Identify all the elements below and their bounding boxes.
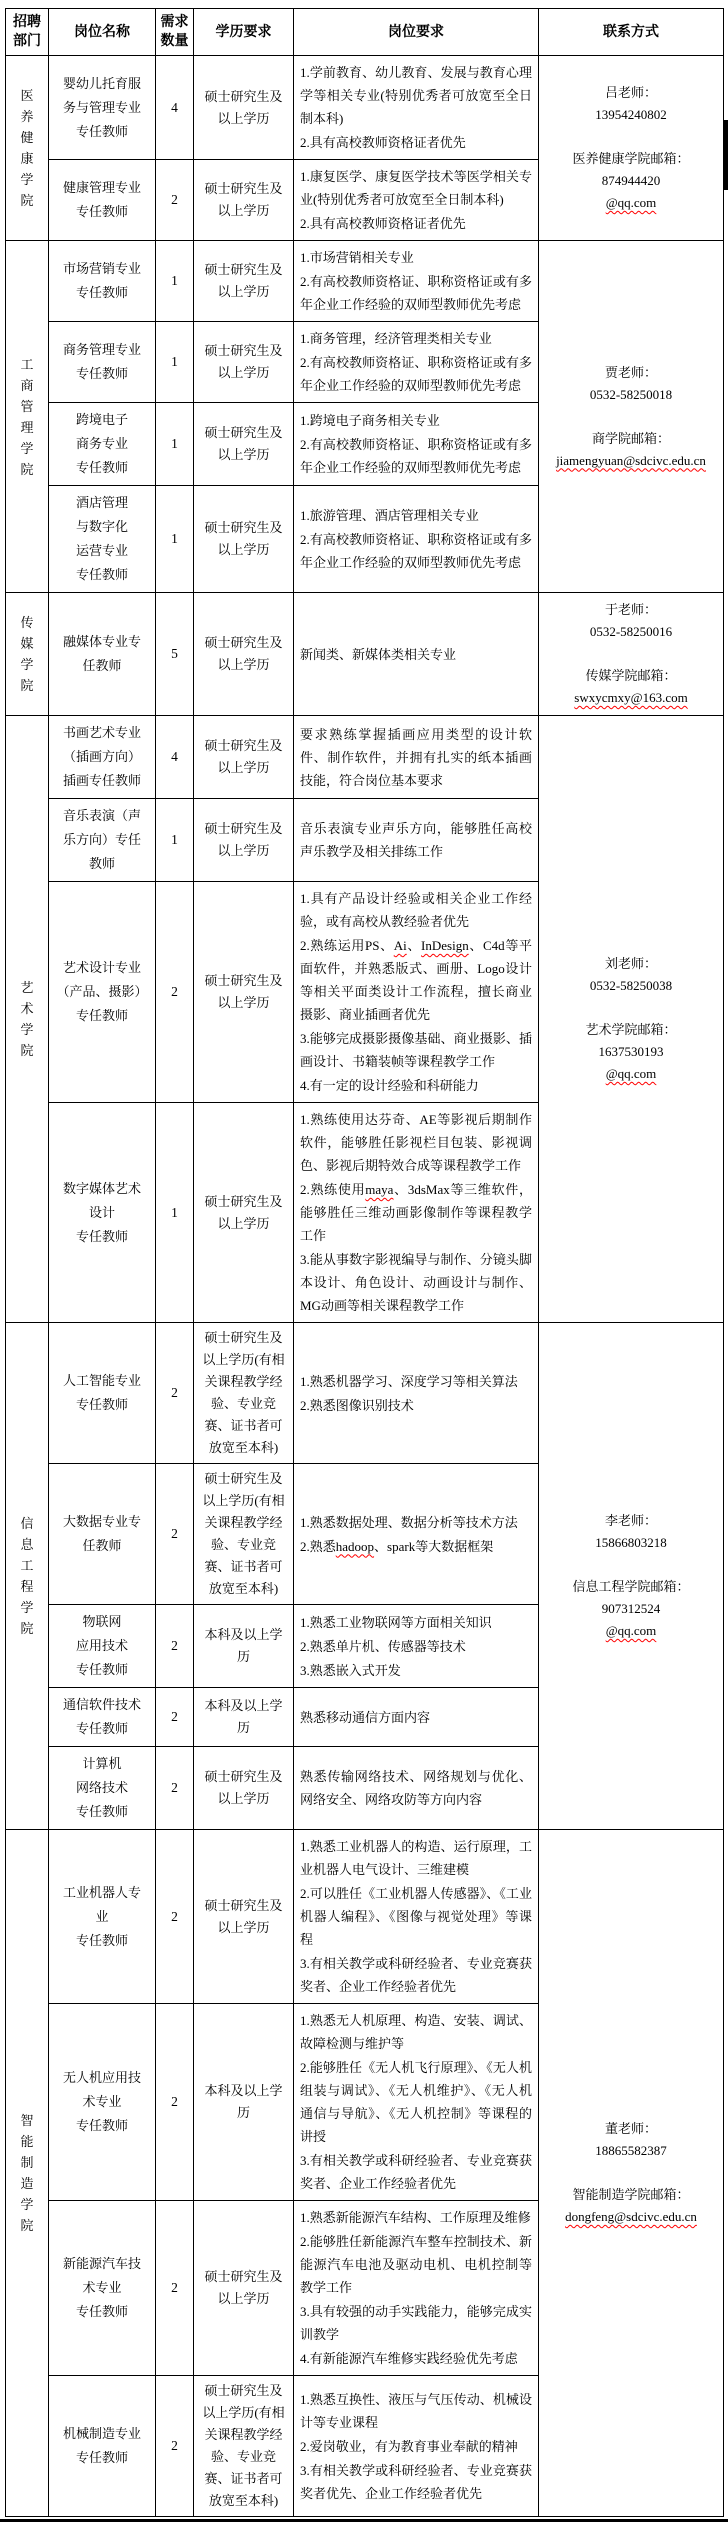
spellcheck-underline: dongfeng@sdcivc.edu.cn [565, 2209, 697, 2224]
table-body: 医 养 健 康 学 院婴幼儿托育服 务与管理专业 专任教师4硕士研究生及以上学历… [6, 56, 724, 2517]
requirements-cell: 1.跨境电子商务相关专业2.有高校教师资格证、职称资格证或有多年企业工作经验的双… [294, 403, 539, 486]
requirement-item: 1.熟悉工业机器人的构造、运行原理，工业机器人电气设计、三维建模 [300, 1835, 532, 1881]
contact-phone: 874944420 [542, 170, 720, 192]
table-row: 智 能 制 造 学 院工业机器人专 业 专任教师2硕士研究生及以上学历1.熟悉工… [6, 1830, 724, 2004]
requirement-item: 3.有相关教学或科研经验者、专业竞赛获奖者、企业工作经验者优先 [300, 1952, 532, 1998]
requirement-item: 1.熟悉新能源汽车结构、工作原理及维修 [300, 2206, 532, 2229]
position-name-cell: 健康管理专业 专任教师 [49, 160, 156, 241]
education-cell: 硕士研究生及以上学历 [194, 322, 294, 403]
requirement-item: 要求熟练掌握插画应用类型的设计软件、制作软件，并拥有扎实的纸本插画技能，符合岗位… [300, 723, 532, 792]
position-name-cell: 物联网 应用技术 专任教师 [49, 1605, 156, 1688]
requirements-cell: 1.熟悉互换性、液压与气压传动、机械设计等专业课程2.爱岗敬业，有为教育事业奉献… [294, 2376, 539, 2517]
requirements-cell: 1.学前教育、幼儿教育、发展与教育心理学等相关专业(特别优秀者可放宽至全日制本科… [294, 56, 539, 160]
contact-cell: 贾老师：0532-58250018商学院邮箱：jiamengyuan@sdciv… [539, 241, 724, 593]
position-name-cell: 人工智能专业 专任教师 [49, 1323, 156, 1464]
position-name-cell: 计算机 网络技术 专任教师 [49, 1747, 156, 1830]
headcount-cell: 2 [156, 160, 194, 241]
requirement-item: 2.有高校教师资格证、职称资格证或有多年企业工作经验的双师型教师优先考虑 [300, 433, 532, 479]
position-name-cell: 市场营销专业 专任教师 [49, 241, 156, 322]
contact-phone: 0532-58250038 [542, 975, 720, 997]
position-name-cell: 机械制造专业 专任教师 [49, 2376, 156, 2517]
requirement-item: 1.熟悉工业物联网等方面相关知识 [300, 1611, 532, 1634]
spellcheck-underline: @qq.com [606, 195, 657, 210]
contact-label: 吕老师： [542, 82, 720, 104]
requirement-item: 3.有相关教学或科研经验者、专业竞赛获奖者优先、企业工作经验者优先 [300, 2459, 532, 2505]
position-name-cell: 音乐表演（声 乐方向）专任 教师 [49, 799, 156, 882]
header-row: 招聘部门 岗位名称 需求数量 学历要求 岗位要求 联系方式 [6, 9, 724, 56]
requirement-item: 2.有高校教师资格证、职称资格证或有多年企业工作经验的双师型教师优先考虑 [300, 270, 532, 316]
education-cell: 硕士研究生及以上学历 [194, 241, 294, 322]
requirement-item: 1.康复医学、康复医学技术等医学相关专业(特别优秀者可放宽至全日制本科) [300, 165, 532, 211]
headcount-cell: 5 [156, 593, 194, 716]
headcount-cell: 2 [156, 2376, 194, 2517]
contact-phone: 907312524 [542, 1598, 720, 1620]
education-cell: 硕士研究生及以上学历 [194, 2201, 294, 2376]
requirements-cell: 1.熟悉机器学习、深度学习等相关算法2.熟悉图像识别技术 [294, 1323, 539, 1464]
contact-label: 贾老师： [542, 362, 720, 384]
requirements-cell: 1.旅游管理、酒店管理相关专业2.有高校教师资格证、职称资格证或有多年企业工作经… [294, 486, 539, 593]
headcount-cell: 1 [156, 403, 194, 486]
requirement-item: 4.有一定的设计经验和科研能力 [300, 1074, 532, 1097]
education-cell: 硕士研究生及以上学历 [194, 1747, 294, 1830]
requirement-item: 2.有高校教师资格证、职称资格证或有多年企业工作经验的双师型教师优先考虑 [300, 528, 532, 574]
header-contact: 联系方式 [539, 9, 724, 56]
requirement-item: 2.熟悉hadoop、spark等大数据框架 [300, 1535, 532, 1558]
headcount-cell: 2 [156, 1747, 194, 1830]
spellcheck-underline: hadoop [336, 1539, 374, 1554]
contact-label: 于老师： [542, 599, 720, 621]
table-row: 艺 术 学 院书画艺术专业 （插画方向） 插画专任教师4硕士研究生及以上学历要求… [6, 716, 724, 799]
requirement-item: 熟悉移动通信方面内容 [300, 1706, 532, 1729]
headcount-cell: 2 [156, 2201, 194, 2376]
contact-cell: 董老师：18865582387智能制造学院邮箱：dongfeng@sdcivc.… [539, 1830, 724, 2517]
headcount-cell: 1 [156, 322, 194, 403]
education-cell: 硕士研究生及以上学历 [194, 1103, 294, 1323]
education-cell: 本科及以上学历 [194, 1688, 294, 1747]
requirement-item: 1.熟悉无人机原理、构造、安装、调试、故障检测与维护等 [300, 2009, 532, 2055]
requirements-cell: 熟悉传输网络技术、网络规划与优化、网络安全、网络攻防等方向内容 [294, 1747, 539, 1830]
requirement-item: 2.爱岗敬业，有为教育事业奉献的精神 [300, 2435, 532, 2458]
requirement-item: 1.旅游管理、酒店管理相关专业 [300, 504, 532, 527]
contact-label: 董老师： [542, 2118, 720, 2140]
requirement-item: 熟悉传输网络技术、网络规划与优化、网络安全、网络攻防等方向内容 [300, 1765, 532, 1811]
contact-email: @qq.com [542, 1063, 720, 1085]
contact-label: 医养健康学院邮箱： [542, 148, 720, 170]
headcount-cell: 2 [156, 2004, 194, 2201]
contact-cell: 吕老师：13954240802医养健康学院邮箱：874944420@qq.com [539, 56, 724, 241]
requirements-cell: 1.市场营销相关专业2.有高校教师资格证、职称资格证或有多年企业工作经验的双师型… [294, 241, 539, 322]
spellcheck-underline: maya [365, 1182, 393, 1197]
contact-email: jiamengyuan@sdcivc.edu.cn [542, 450, 720, 472]
position-name-cell: 跨境电子 商务专业 专任教师 [49, 403, 156, 486]
requirements-cell: 1.康复医学、康复医学技术等医学相关专业(特别优秀者可放宽至全日制本科)2.具有… [294, 160, 539, 241]
requirement-item: 3.能从事数字影视编导与制作、分镜头脚本设计、角色设计、动画设计与制作、MG动画… [300, 1248, 532, 1317]
requirement-item: 1.熟练使用达芬奇、AE等影视后期制作软件，能够胜任影视栏目包装、影视调色、影视… [300, 1108, 532, 1177]
table-row: 工 商 管 理 学 院市场营销专业 专任教师1硕士研究生及以上学历1.市场营销相… [6, 241, 724, 322]
department-cell: 传 媒 学 院 [6, 593, 49, 716]
headcount-cell: 1 [156, 799, 194, 882]
requirement-item: 新闻类、新媒体类相关专业 [300, 643, 532, 666]
table-row: 传 媒 学 院融媒体专业专 任教师5硕士研究生及以上学历新闻类、新媒体类相关专业… [6, 593, 724, 716]
contact-cell: 刘老师：0532-58250038艺术学院邮箱：1637530193@qq.co… [539, 716, 724, 1323]
contact-phone: 13954240802 [542, 104, 720, 126]
education-cell: 硕士研究生及以上学历 [194, 403, 294, 486]
header-position-name: 岗位名称 [49, 9, 156, 56]
requirement-item: 1.跨境电子商务相关专业 [300, 409, 532, 432]
requirement-item: 1.学前教育、幼儿教育、发展与教育心理学等相关专业(特别优秀者可放宽至全日制本科… [300, 61, 532, 130]
requirement-item: 2.熟悉单片机、传感器等技术 [300, 1635, 532, 1658]
contact-phone: 18865582387 [542, 2140, 720, 2162]
contact-email: dongfeng@sdcivc.edu.cn [542, 2206, 720, 2228]
education-cell: 硕士研究生及以上学历 [194, 716, 294, 799]
requirement-item: 2.能够胜任新能源汽车整车控制技术、新能源汽车电池及驱动电机、电机控制等教学工作 [300, 2230, 532, 2299]
requirements-cell: 1.熟悉无人机原理、构造、安装、调试、故障检测与维护等2.能够胜任《无人机飞行原… [294, 2004, 539, 2201]
requirement-item: 4.有新能源汽车维修实践经验优先考虑 [300, 2347, 532, 2370]
table-row: 医 养 健 康 学 院婴幼儿托育服 务与管理专业 专任教师4硕士研究生及以上学历… [6, 56, 724, 160]
table-row: 信 息 工 程 学 院人工智能专业 专任教师2硕士研究生及以上学历(有相关课程教… [6, 1323, 724, 1464]
headcount-cell: 1 [156, 241, 194, 322]
contact-email: @qq.com [542, 1620, 720, 1642]
requirement-item: 2.可以胜任《工业机器人传感器》、《工业机器人编程》、《图像与视觉处理》等课程 [300, 1882, 532, 1951]
position-name-cell: 融媒体专业专 任教师 [49, 593, 156, 716]
contact-cell: 李老师：15866803218信息工程学院邮箱：907312524@qq.com [539, 1323, 724, 1830]
requirement-item: 音乐表演专业声乐方向，能够胜任高校声乐教学及相关排练工作 [300, 817, 532, 863]
requirement-item: 1.市场营销相关专业 [300, 246, 532, 269]
requirements-cell: 1.熟悉工业机器人的构造、运行原理，工业机器人电气设计、三维建模2.可以胜任《工… [294, 1830, 539, 2004]
education-cell: 硕士研究生及以上学历(有相关课程教学经验、专业竞赛、证书者可放宽至本科) [194, 1464, 294, 1605]
contact-label: 商学院邮箱： [542, 428, 720, 450]
contact-label: 李老师： [542, 1510, 720, 1532]
position-name-cell: 数字媒体艺术 设计 专任教师 [49, 1103, 156, 1323]
headcount-cell: 2 [156, 1323, 194, 1464]
headcount-cell: 2 [156, 882, 194, 1103]
header-department: 招聘部门 [6, 9, 49, 56]
requirements-cell: 新闻类、新媒体类相关专业 [294, 593, 539, 716]
headcount-cell: 2 [156, 1605, 194, 1688]
requirement-item: 2.具有高校教师资格证者优先 [300, 131, 532, 154]
requirements-cell: 音乐表演专业声乐方向，能够胜任高校声乐教学及相关排练工作 [294, 799, 539, 882]
education-cell: 硕士研究生及以上学历 [194, 799, 294, 882]
headcount-cell: 4 [156, 716, 194, 799]
headcount-cell: 1 [156, 1103, 194, 1323]
contact-email: swxycmxy@163.com [542, 687, 720, 709]
education-cell: 本科及以上学历 [194, 2004, 294, 2201]
position-name-cell: 商务管理专业 专任教师 [49, 322, 156, 403]
contact-phone: 0532-58250016 [542, 621, 720, 643]
education-cell: 硕士研究生及以上学历 [194, 1830, 294, 2004]
requirement-item: 3.能够完成摄影摄像基础、商业摄影、插画设计、书籍装帧等课程教学工作 [300, 1027, 532, 1073]
requirements-cell: 1.熟悉数据处理、数据分析等技术方法2.熟悉hadoop、spark等大数据框架 [294, 1464, 539, 1605]
contact-email: @qq.com [542, 192, 720, 214]
contact-label: 刘老师： [542, 953, 720, 975]
contact-cell: 于老师：0532-58250016传媒学院邮箱：swxycmxy@163.com [539, 593, 724, 716]
position-name-cell: 工业机器人专 业 专任教师 [49, 1830, 156, 2004]
spellcheck-underline: @qq.com [606, 1623, 657, 1638]
requirement-item: 3.有相关教学或科研经验者、专业竞赛获奖者、企业工作经验者优先 [300, 2149, 532, 2195]
headcount-cell: 4 [156, 56, 194, 160]
requirement-item: 2.熟悉图像识别技术 [300, 1394, 532, 1417]
position-name-cell: 艺术设计专业 （产品、摄影） 专任教师 [49, 882, 156, 1103]
requirements-cell: 1.熟悉工业物联网等方面相关知识2.熟悉单片机、传感器等技术3.熟悉嵌入式开发 [294, 1605, 539, 1688]
spellcheck-underline: @qq.com [606, 1066, 657, 1081]
contact-label: 智能制造学院邮箱： [542, 2184, 720, 2206]
position-name-cell: 书画艺术专业 （插画方向） 插画专任教师 [49, 716, 156, 799]
requirements-cell: 1.熟练使用达芬奇、AE等影视后期制作软件，能够胜任影视栏目包装、影视调色、影视… [294, 1103, 539, 1323]
requirement-item: 2.有高校教师资格证、职称资格证或有多年企业工作经验的双师型教师优先考虑 [300, 351, 532, 397]
education-cell: 硕士研究生及以上学历 [194, 882, 294, 1103]
education-cell: 硕士研究生及以上学历 [194, 56, 294, 160]
requirement-item: 1.熟悉机器学习、深度学习等相关算法 [300, 1370, 532, 1393]
contact-label: 传媒学院邮箱： [542, 665, 720, 687]
requirements-cell: 1.具有产品设计经验或相关企业工作经验，或有高校从教经验者优先2.熟练运用PS、… [294, 882, 539, 1103]
spellcheck-underline: swxycmxy@163.com [574, 690, 687, 705]
position-name-cell: 无人机应用技 术专业 专任教师 [49, 2004, 156, 2201]
requirement-item: 1.熟悉数据处理、数据分析等技术方法 [300, 1511, 532, 1534]
requirement-item: 3.熟悉嵌入式开发 [300, 1659, 532, 1682]
requirement-item: 1.具有产品设计经验或相关企业工作经验，或有高校从教经验者优先 [300, 887, 532, 933]
requirement-item: 1.商务管理，经济管理类相关专业 [300, 327, 532, 350]
header-requirements: 岗位要求 [294, 9, 539, 56]
contact-label: 信息工程学院邮箱： [542, 1576, 720, 1598]
requirements-cell: 1.商务管理，经济管理类相关专业2.有高校教师资格证、职称资格证或有多年企业工作… [294, 322, 539, 403]
education-cell: 本科及以上学历 [194, 1605, 294, 1688]
requirement-item: 2.能够胜任《无人机飞行原理》、《无人机组装与调试》、《无人机维护》、《无人机通… [300, 2056, 532, 2148]
education-cell: 硕士研究生及以上学历(有相关课程教学经验、专业竞赛、证书者可放宽至本科) [194, 2376, 294, 2517]
contact-phone: 15866803218 [542, 1532, 720, 1554]
position-name-cell: 酒店管理 与数字化 运营专业 专任教师 [49, 486, 156, 593]
position-name-cell: 婴幼儿托育服 务与管理专业 专任教师 [49, 56, 156, 160]
requirement-item: 2.熟练运用PS、Ai、InDesign、C4d等平面软件，并熟悉版式、画册、L… [300, 934, 532, 1026]
department-cell: 信 息 工 程 学 院 [6, 1323, 49, 1830]
header-headcount: 需求数量 [156, 9, 194, 56]
education-cell: 硕士研究生及以上学历 [194, 160, 294, 241]
spellcheck-underline: InDesign [421, 938, 469, 953]
department-cell: 智 能 制 造 学 院 [6, 1830, 49, 2517]
headcount-cell: 2 [156, 1464, 194, 1605]
contact-label: 艺术学院邮箱： [542, 1019, 720, 1041]
headcount-cell: 2 [156, 1830, 194, 2004]
spellcheck-underline: jiamengyuan@sdcivc.edu.cn [556, 453, 706, 468]
scrollbar-thumb[interactable] [723, 120, 728, 190]
requirements-cell: 要求熟练掌握插画应用类型的设计软件、制作软件，并拥有扎实的纸本插画技能，符合岗位… [294, 716, 539, 799]
headcount-cell: 2 [156, 1688, 194, 1747]
department-cell: 艺 术 学 院 [6, 716, 49, 1323]
requirement-item: 2.具有高校教师资格证者优先 [300, 212, 532, 235]
position-name-cell: 通信软件技术 专任教师 [49, 1688, 156, 1747]
recruitment-table: 招聘部门 岗位名称 需求数量 学历要求 岗位要求 联系方式 医 养 健 康 学 … [5, 8, 724, 2517]
position-name-cell: 新能源汽车技 术专业 专任教师 [49, 2201, 156, 2376]
position-name-cell: 大数据专业专 任教师 [49, 1464, 156, 1605]
requirement-item: 3.具有较强的动手实践能力，能够完成实训教学 [300, 2300, 532, 2346]
education-cell: 硕士研究生及以上学历 [194, 486, 294, 593]
requirements-cell: 熟悉移动通信方面内容 [294, 1688, 539, 1747]
header-education: 学历要求 [194, 9, 294, 56]
requirement-item: 1.熟悉互换性、液压与气压传动、机械设计等专业课程 [300, 2388, 532, 2434]
education-cell: 硕士研究生及以上学历 [194, 593, 294, 716]
page: 招聘部门 岗位名称 需求数量 学历要求 岗位要求 联系方式 医 养 健 康 学 … [0, 8, 728, 2522]
spellcheck-underline: Ai [394, 938, 407, 953]
requirement-item: 2.熟练使用maya、3dsMax等三维软件，能够胜任三维动画影像制作等课程教学… [300, 1178, 532, 1247]
education-cell: 硕士研究生及以上学历(有相关课程教学经验、专业竞赛、证书者可放宽至本科) [194, 1323, 294, 1464]
contact-phone: 0532-58250018 [542, 384, 720, 406]
contact-phone: 1637530193 [542, 1041, 720, 1063]
requirements-cell: 1.熟悉新能源汽车结构、工作原理及维修2.能够胜任新能源汽车整车控制技术、新能源… [294, 2201, 539, 2376]
headcount-cell: 1 [156, 486, 194, 593]
department-cell: 医 养 健 康 学 院 [6, 56, 49, 241]
department-cell: 工 商 管 理 学 院 [6, 241, 49, 593]
